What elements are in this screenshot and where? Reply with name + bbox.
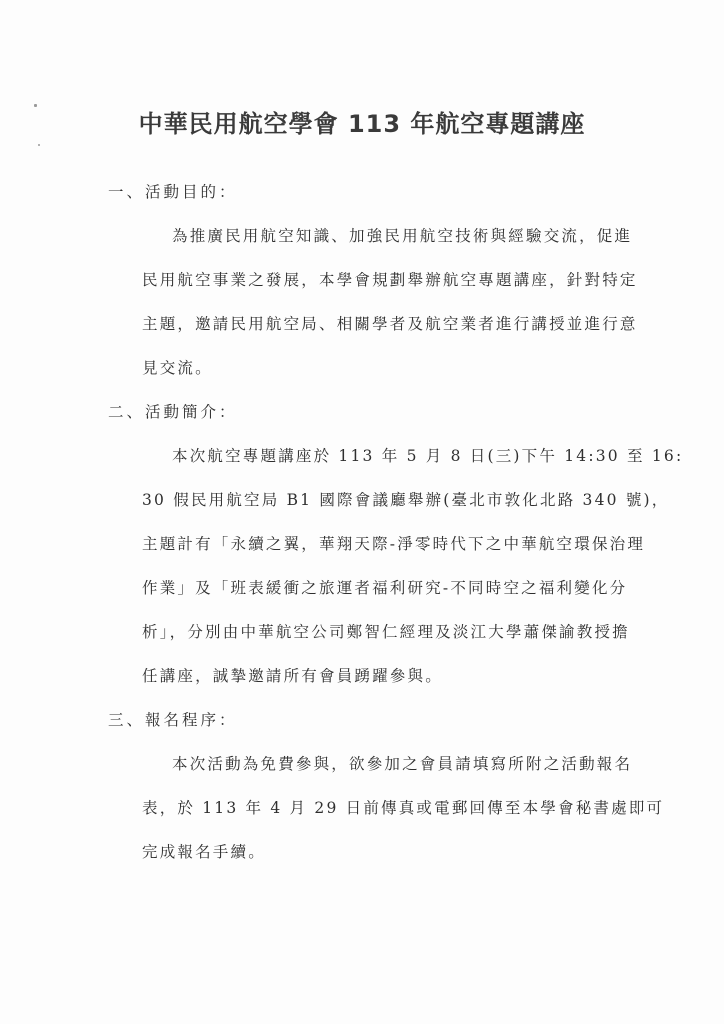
paragraph-line: 民用航空事業之發展，本學會規劃舉辦航空專題講座，針對特定 [142, 268, 622, 290]
paragraph-line: 主題，邀請民用航空局、相關學者及航空業者進行講授並進行意 [142, 312, 622, 334]
paragraph-line: 本次活動為免費參與，欲參加之會員請填寫所附之活動報名 [172, 752, 652, 774]
document-page: 中華民用航空學會 113 年航空專題講座 一、活動目的： 為推廣民用航空知識、加… [0, 0, 724, 1024]
paragraph-line: 析」，分別由中華航空公司鄭智仁經理及淡江大學蕭傑諭教授擔 [142, 620, 622, 642]
paragraph-line: 本次航空專題講座於 113 年 5 月 8 日(三)下午 14:30 至 16: [172, 444, 652, 466]
section-heading-purpose: 一、活動目的： [108, 180, 238, 202]
section-heading-registration: 三、報名程序： [108, 708, 238, 730]
paragraph-line: 表，於 113 年 4 月 29 日前傳真或電郵回傳至本學會秘書處即可 [142, 796, 622, 818]
paragraph-line: 為推廣民用航空知識、加強民用航空技術與經驗交流，促進 [172, 224, 652, 246]
document-title: 中華民用航空學會 113 年航空專題講座 [0, 104, 724, 139]
scan-speck [38, 144, 40, 146]
paragraph-line: 30 假民用航空局 B1 國際會議廳舉辦(臺北市敦化北路 340 號)， [142, 488, 622, 510]
paragraph-line: 完成報名手續。 [142, 840, 622, 862]
paragraph-line: 見交流。 [142, 356, 622, 378]
paragraph-line: 任講座，誠摯邀請所有會員踴躍參與。 [142, 664, 622, 686]
section-heading-introduction: 二、活動簡介： [108, 400, 238, 422]
paragraph-line: 主題計有「永續之翼，華翔天際-淨零時代下之中華航空環保治理 [142, 532, 622, 554]
paragraph-line: 作業」及「班表緩衝之旅運者福利研究-不同時空之福利變化分 [142, 576, 622, 598]
